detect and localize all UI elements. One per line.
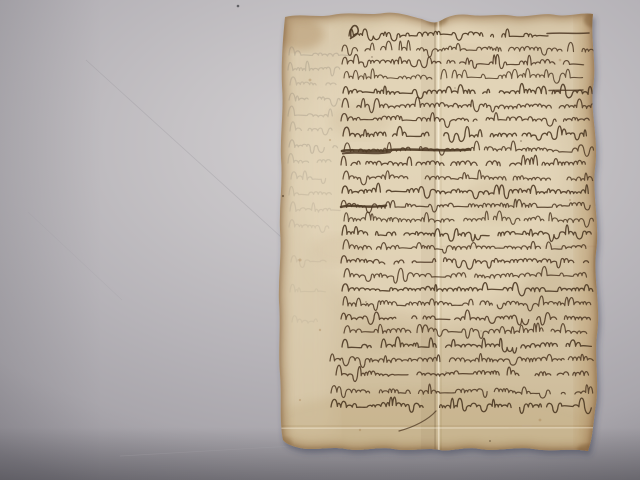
ink-speck — [445, 371, 446, 372]
strikethrough-b — [343, 152, 390, 153]
ink-speck — [454, 87, 455, 88]
ink-speck — [282, 195, 284, 197]
bold-word — [341, 206, 386, 208]
manuscript-photo — [0, 0, 640, 480]
surface-speck — [237, 5, 240, 8]
ink-speck — [535, 246, 536, 247]
photo-scene — [0, 0, 640, 480]
end-dash-line1 — [547, 33, 589, 34]
ink-speck — [520, 140, 522, 142]
ink-speck — [371, 56, 372, 57]
ink-speck — [481, 331, 482, 332]
ink-speck — [411, 261, 412, 262]
manuscript-page — [255, 12, 605, 474]
ink-speck — [365, 301, 366, 302]
ink-speck — [489, 440, 491, 442]
end-dash-line5 — [549, 90, 583, 91]
